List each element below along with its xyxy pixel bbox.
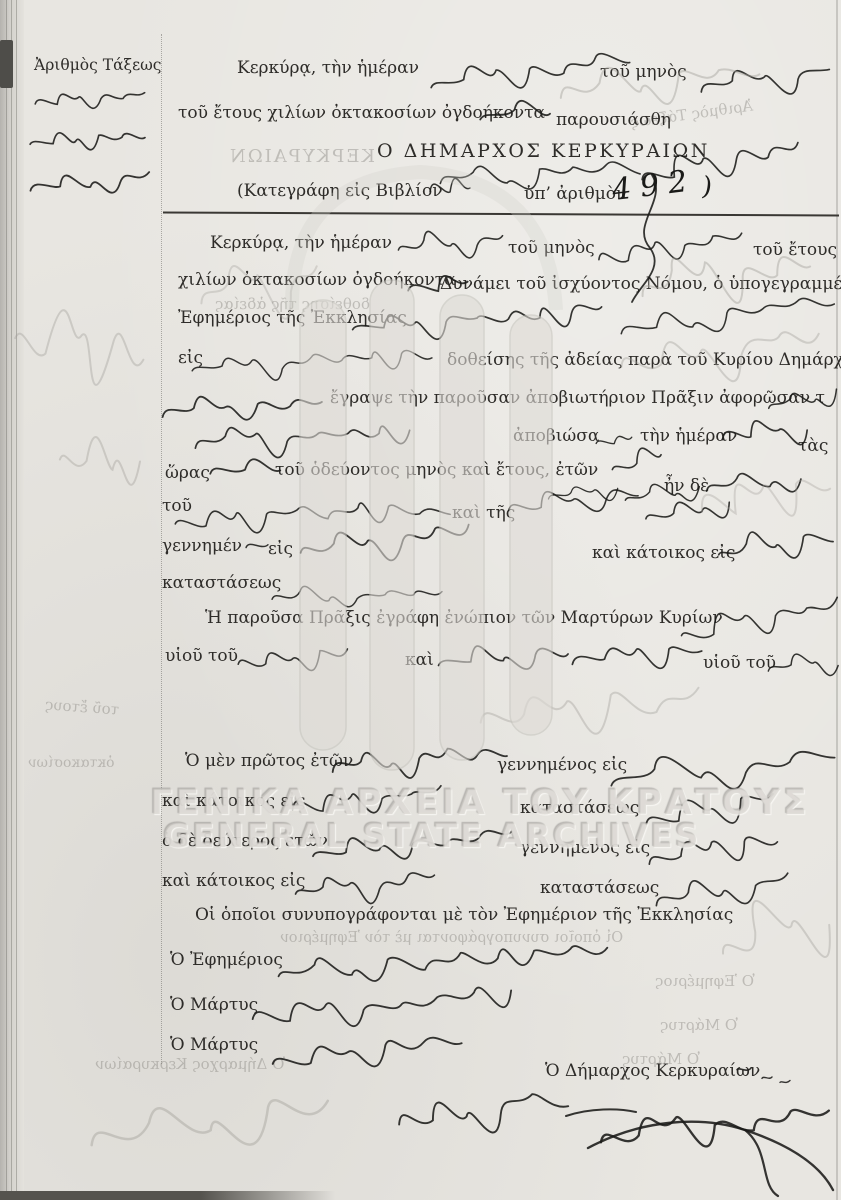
handwriting-stroke xyxy=(437,637,569,679)
handwriting-stroke xyxy=(192,348,433,385)
handwriting-stroke xyxy=(291,783,443,821)
handwriting-stroke xyxy=(161,384,323,428)
handwriting-stroke xyxy=(643,786,776,838)
handwriting-stroke xyxy=(624,480,701,508)
handwriting-stroke xyxy=(479,683,702,744)
handwriting-stroke xyxy=(619,289,835,344)
handwriting-stroke xyxy=(175,498,451,537)
handwriting-stroke xyxy=(479,98,550,121)
handwriting-stroke xyxy=(429,44,631,100)
handwriting-stroke xyxy=(397,1085,571,1146)
handwriting-stroke xyxy=(705,465,803,503)
handwriting-layer xyxy=(0,0,841,1200)
handwriting-stroke xyxy=(88,1085,332,1167)
handwriting-flourish xyxy=(566,1109,636,1116)
handwriting-stroke xyxy=(331,738,508,786)
handwriting-stroke xyxy=(767,386,839,417)
handwriting-stroke xyxy=(196,252,325,333)
handwriting-stroke xyxy=(558,52,761,115)
handwriting-stroke xyxy=(698,466,834,534)
handwriting-stroke xyxy=(271,1032,463,1077)
handwriting-stroke xyxy=(653,865,791,919)
handwriting-stroke xyxy=(272,582,443,610)
handwriting-stroke xyxy=(507,479,639,523)
handwriting-stroke xyxy=(10,303,150,393)
handwriting-stroke xyxy=(35,89,146,113)
handwriting-stroke xyxy=(58,434,142,485)
handwriting-stroke xyxy=(252,985,513,1035)
handwriting-stroke xyxy=(430,178,470,193)
handwriting-stroke xyxy=(608,733,837,806)
handwriting-stroke xyxy=(636,231,814,322)
handwriting-stroke xyxy=(619,321,824,396)
handwriting-stroke xyxy=(246,543,268,548)
handwriting-stroke xyxy=(762,1077,772,1078)
handwriting-stroke xyxy=(699,55,833,109)
handwriting-stroke xyxy=(29,167,151,201)
handwriting-stroke xyxy=(311,819,513,870)
handwriting-stroke xyxy=(439,155,640,195)
handwriting-stroke xyxy=(209,457,280,477)
handwriting-stroke xyxy=(639,131,802,194)
handwriting-stroke xyxy=(712,884,837,982)
handwriting-stroke xyxy=(610,446,662,469)
handwriting-stroke xyxy=(679,593,841,648)
handwriting-flourish xyxy=(588,1122,833,1190)
handwriting-stroke xyxy=(571,641,703,676)
handwriting-stroke xyxy=(407,274,468,293)
handwriting-stroke xyxy=(238,648,349,676)
handwriting-stroke xyxy=(30,128,146,153)
handwriting-stroke xyxy=(194,415,411,463)
handwriting-stroke xyxy=(294,867,436,912)
handwriting-stroke xyxy=(277,938,608,988)
handwriting-stroke xyxy=(299,519,472,570)
handwriting-stroke xyxy=(721,414,809,455)
handwriting-stroke xyxy=(599,1099,831,1157)
handwriting-stroke xyxy=(767,650,839,682)
handwriting-stroke xyxy=(716,521,834,568)
handwriting-stroke xyxy=(737,1068,751,1070)
handwriting-stroke xyxy=(596,435,632,445)
handwriting-stroke xyxy=(397,224,505,265)
handwriting-flourish xyxy=(632,175,656,302)
handwriting-stroke xyxy=(780,1081,790,1083)
handwriting-stroke xyxy=(647,826,780,875)
handwriting-stroke xyxy=(352,297,603,346)
